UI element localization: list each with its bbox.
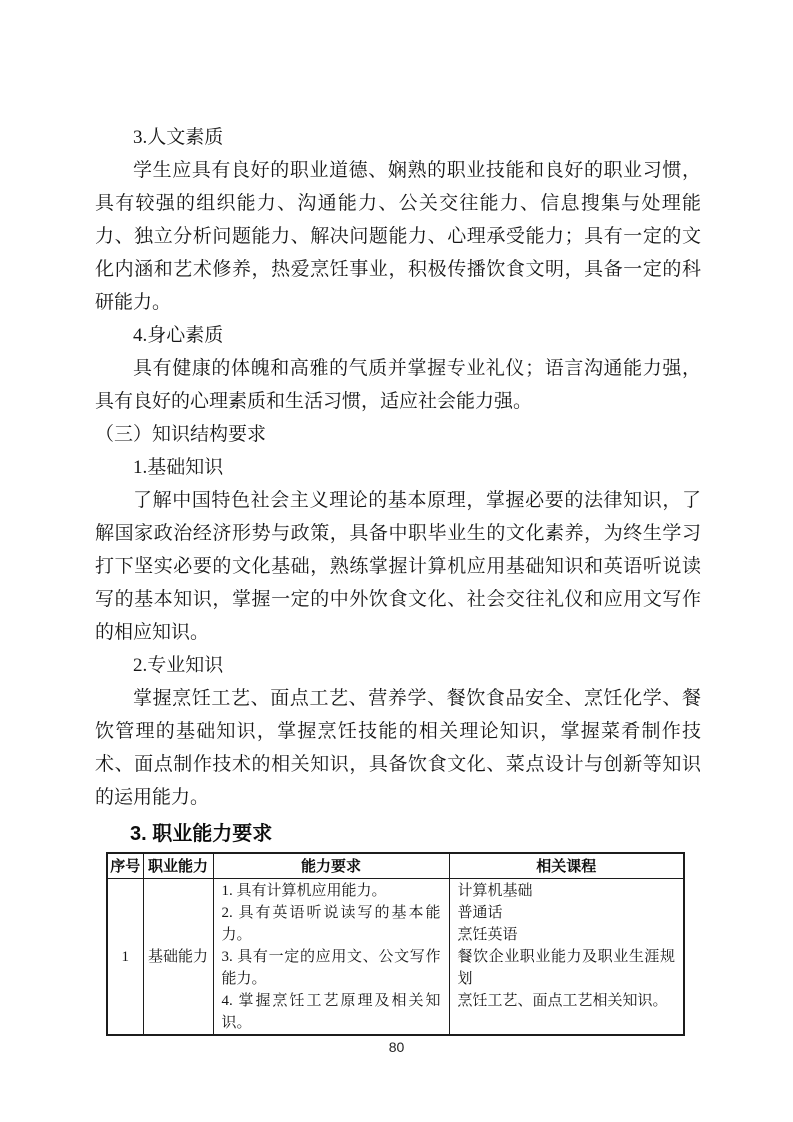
course-item: 烹饪英语 bbox=[458, 924, 676, 946]
section-heading-knowledge-structure: （三）知识结构要求 bbox=[95, 418, 701, 451]
heading-vocational-ability-requirements: 3. 职业能力要求 bbox=[95, 816, 701, 852]
heading-basic-knowledge: 1.基础知识 bbox=[95, 451, 701, 484]
heading-humanistic-quality: 3.人文素质 bbox=[95, 121, 701, 154]
paragraph-basic-knowledge: 了解中国特色社会主义理论的基本原理，掌握必要的法律知识，了解国家政治经济形势与政… bbox=[95, 484, 701, 649]
heading-physical-mental-quality: 4.身心素质 bbox=[95, 319, 701, 352]
cell-ability-name: 基础能力 bbox=[143, 879, 213, 1036]
table-header-courses: 相关课程 bbox=[449, 853, 684, 879]
page-number: 80 bbox=[0, 1039, 793, 1055]
requirement-item: 3. 具有一定的应用文、公文写作能力。 bbox=[222, 946, 441, 990]
table-header-ability: 职业能力 bbox=[143, 853, 213, 879]
paragraph-humanistic-quality: 学生应具有良好的职业道德、娴熟的职业技能和良好的职业习惯，具有较强的组织能力、沟… bbox=[95, 154, 701, 319]
page-content: 3.人文素质 学生应具有良好的职业道德、娴熟的职业技能和良好的职业习惯，具有较强… bbox=[95, 121, 701, 1036]
course-item: 普通话 bbox=[458, 902, 676, 924]
paragraph-professional-knowledge: 掌握烹饪工艺、面点工艺、营养学、餐饮食品安全、烹饪化学、餐饮管理的基础知识，掌握… bbox=[95, 682, 701, 814]
course-item: 餐饮企业职业能力及职业生涯规划 bbox=[458, 946, 676, 990]
paragraph-physical-mental-quality: 具有健康的体魄和高雅的气质并掌握专业礼仪；语言沟通能力强，具有良好的心理素质和生… bbox=[95, 352, 701, 418]
table-row-basic-ability: 1 基础能力 1. 具有计算机应用能力。 2. 具有英语听说读写的基本能力。 3… bbox=[107, 879, 684, 1036]
cell-courses: 计算机基础 普通话 烹饪英语 餐饮企业职业能力及职业生涯规划 烹饪工艺、面点工艺… bbox=[449, 879, 684, 1036]
requirement-item: 1. 具有计算机应用能力。 bbox=[222, 880, 441, 902]
table-header-requirements: 能力要求 bbox=[213, 853, 449, 879]
cell-requirements: 1. 具有计算机应用能力。 2. 具有英语听说读写的基本能力。 3. 具有一定的… bbox=[213, 879, 449, 1036]
requirement-item: 2. 具有英语听说读写的基本能力。 bbox=[222, 902, 441, 946]
document-page: 3.人文素质 学生应具有良好的职业道德、娴熟的职业技能和良好的职业习惯，具有较强… bbox=[0, 0, 793, 1122]
table-header-row: 序号 职业能力 能力要求 相关课程 bbox=[107, 853, 684, 879]
heading-professional-knowledge: 2.专业知识 bbox=[95, 649, 701, 682]
cell-row-no: 1 bbox=[107, 879, 143, 1036]
table-header-no: 序号 bbox=[107, 853, 143, 879]
requirement-item: 4. 掌握烹饪工艺原理及相关知识。 bbox=[222, 990, 441, 1034]
course-item: 烹饪工艺、面点工艺相关知识。 bbox=[458, 990, 676, 1012]
course-item: 计算机基础 bbox=[458, 880, 676, 902]
ability-requirements-table: 序号 职业能力 能力要求 相关课程 1 基础能力 1. 具有计算机应用能力。 2… bbox=[106, 852, 685, 1036]
